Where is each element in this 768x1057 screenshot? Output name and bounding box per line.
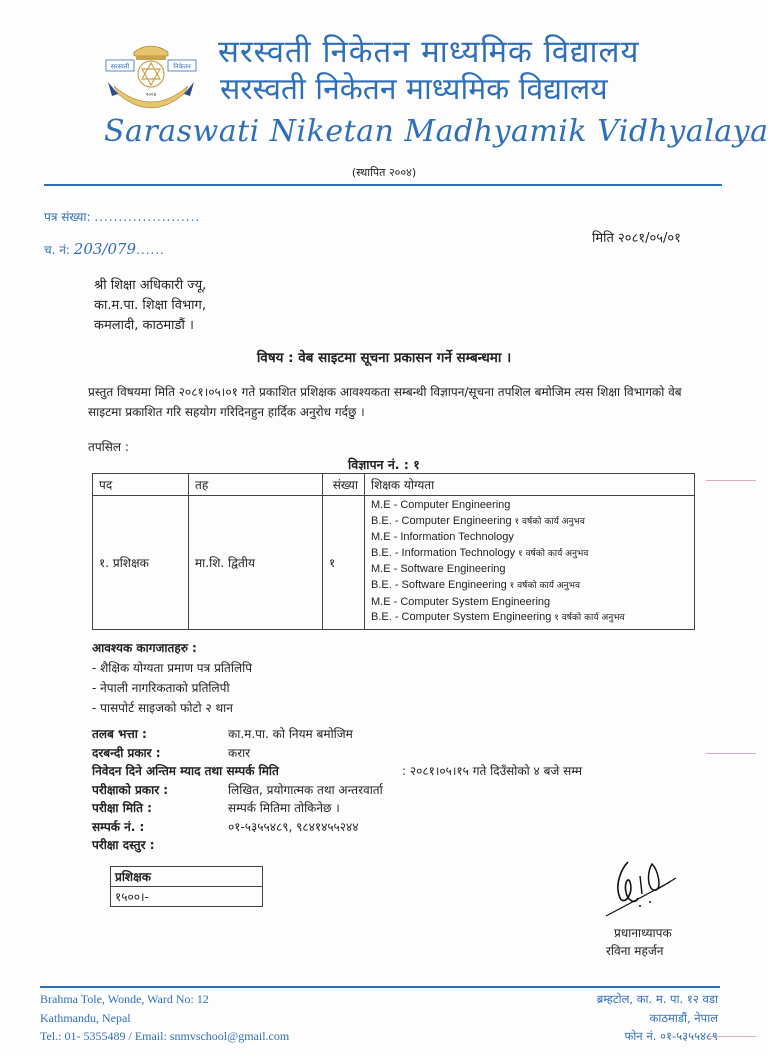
qualification-item: B.E. - Computer Engineering १ वर्षको कार… — [371, 514, 688, 531]
school-name-nepali-decorative: सरस्वती निकेतन माध्यमिक विद्यालय — [218, 34, 640, 70]
footer-line: Tel.: 01- 5355489 / Email: snmvschool@gm… — [40, 1027, 289, 1046]
signatory-title: प्रधानाध्यापक — [614, 924, 672, 941]
required-documents: आवश्यक कागजातहरु : - शैक्षिक योग्यता प्र… — [92, 638, 252, 718]
table-header-row: पद तह संख्या शिक्षक योग्यता — [93, 474, 695, 496]
footer-line: Kathmandu, Nepal — [40, 1009, 289, 1028]
addressee-line: का.म.पा. शिक्षा विभाग, — [94, 296, 206, 316]
details-label: तपसिल : — [88, 438, 129, 455]
body-paragraph: प्रस्तुत विषयमा मिति २०८१।०५।०१ गते प्रक… — [88, 382, 708, 422]
qualification-item: M.E - Computer Engineering — [371, 498, 688, 514]
header-divider — [44, 184, 722, 186]
document-item: - नेपाली नागरिकताको प्रतिलिपी — [92, 678, 252, 698]
dispatch-number-label: च. नं: — [44, 243, 70, 257]
qualification-cell: M.E - Computer EngineeringB.E. - Compute… — [365, 496, 695, 630]
svg-text:निकेतन: निकेतन — [173, 63, 191, 71]
signature-icon — [600, 854, 680, 924]
posts-table: पद तह संख्या शिक्षक योग्यता १. प्रशिक्षक… — [92, 473, 695, 630]
addressee-line: श्री शिक्षा अधिकारी ज्यू, — [94, 276, 206, 296]
footer-address-nepali: ब्रम्हटोल, का. म. पा. १२ वडा काठमाडौं, न… — [597, 990, 718, 1046]
school-name-nepali: सरस्वती निकेतन माध्यमिक विद्यालय — [220, 72, 608, 108]
established-year: (स्थापित २००४) — [0, 165, 768, 180]
qualification-item: M.E - Computer System Engineering — [371, 595, 688, 611]
fee-value: १५००।- — [111, 887, 263, 907]
letter-number-value: ...................... — [94, 210, 200, 224]
addressee-line: कमलादी, काठमाडौं । — [94, 316, 206, 336]
column-header-level: तह — [189, 474, 323, 496]
qualification-item: B.E. - Computer System Engineering १ वर्… — [371, 610, 688, 627]
addressee-block: श्री शिक्षा अधिकारी ज्यू, का.म.पा. शिक्ष… — [94, 276, 206, 336]
fee-header: प्रशिक्षक — [111, 867, 263, 887]
qualification-item: B.E. - Software Engineering १ वर्षको कार… — [371, 578, 688, 595]
footer-line: Brahma Tole, Wonde, Ward No: 12 — [40, 990, 289, 1009]
qualification-item: B.E. - Information Technology १ वर्षको क… — [371, 546, 688, 563]
dispatch-number-value: 203/079 — [74, 240, 136, 258]
qualification-item: M.E - Software Engineering — [371, 562, 688, 578]
svg-text:सरस्वती: सरस्वती — [111, 63, 130, 71]
qualification-item: M.E - Information Technology — [371, 530, 688, 546]
table-row: १. प्रशिक्षक मा.शि. द्वितीय १ M.E - Comp… — [93, 496, 695, 630]
school-logo-icon: सरस्वती निकेतन २००४ — [104, 38, 198, 110]
letter-date: मिति २०८१/०५/०१ — [592, 228, 681, 246]
level-cell: मा.शि. द्वितीय — [189, 496, 323, 630]
footer-line: फोन नं. ०१-५३५५४८९ — [597, 1027, 718, 1046]
dispatch-number: च. नं: 203/079...... — [44, 240, 165, 258]
count-cell: १ — [323, 496, 365, 630]
advertisement-number: विज्ञापन नं. : १ — [348, 456, 420, 473]
required-documents-heading: आवश्यक कागजातहरु : — [92, 638, 252, 658]
footer-line: ब्रम्हटोल, का. म. पा. १२ वडा — [597, 990, 718, 1009]
subject-line: विषय : वेब साइटमा सूचना प्रकासन गर्ने सम… — [0, 348, 768, 366]
footer-divider — [40, 986, 720, 988]
document-item: - शैक्षिक योग्यता प्रमाण पत्र प्रतिलिपि — [92, 658, 252, 678]
column-header-post: पद — [93, 474, 189, 496]
footer-address-english: Brahma Tole, Wonde, Ward No: 12 Kathmand… — [40, 990, 289, 1046]
exam-fee-table: प्रशिक्षक १५००।- — [110, 866, 263, 907]
edge-mark — [706, 753, 756, 754]
signatory-name: रविना महर्जन — [606, 942, 663, 959]
school-name-english: Saraswati Niketan Madhyamik Vidhyalaya — [104, 112, 768, 152]
letter-number-label: पत्र संख्या: — [44, 210, 91, 224]
letter-number: पत्र संख्या: ...................... — [44, 208, 200, 225]
column-header-count: संख्या — [323, 474, 365, 496]
footer-line: काठमाडौं, नेपाल — [597, 1009, 718, 1028]
column-header-qualification: शिक्षक योग्यता — [365, 474, 695, 496]
edge-mark — [706, 480, 756, 481]
svg-text:२००४: २००४ — [146, 92, 157, 98]
post-cell: १. प्रशिक्षक — [93, 496, 189, 630]
document-item: - पासपोर्ट साइजको फोटो २ थान — [92, 698, 252, 718]
letter-page: सरस्वती निकेतन २००४ सरस्वती निकेतन माध्य… — [0, 0, 768, 1057]
